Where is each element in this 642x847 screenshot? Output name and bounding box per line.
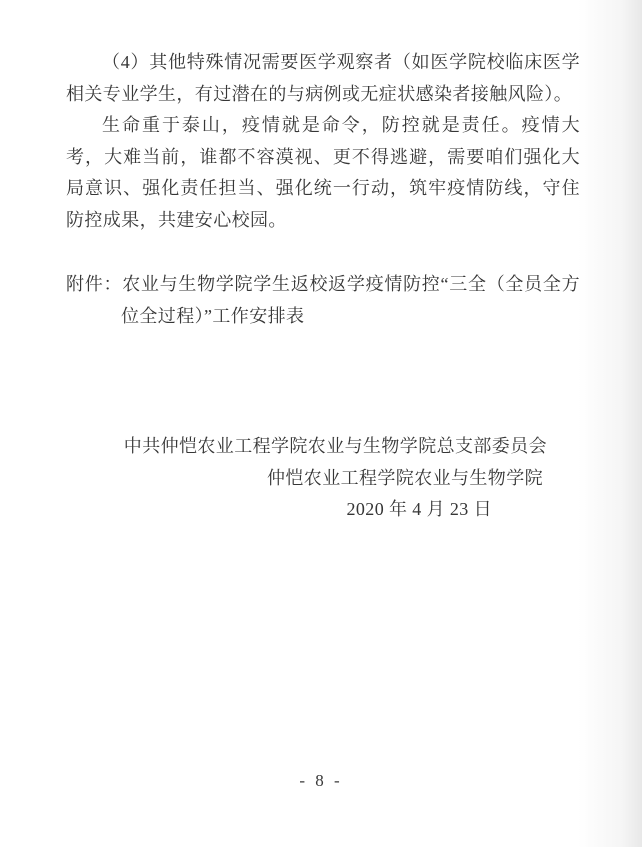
signature-committee: 中共仲恺农业工程学院农业与生物学院总支部委员会 xyxy=(66,431,580,463)
document-page: （4）其他特殊情况需要医学观察者（如医学院校临床医学相关专业学生，有过潜在的与病… xyxy=(0,0,642,847)
paragraph-epidemic-responsibility: 生命重于泰山，疫情就是命令，防控就是责任。疫情大考，大难当前，谁都不容漠视、更不… xyxy=(66,110,580,236)
signature-college: 仲恺农业工程学院农业与生物学院 xyxy=(66,463,580,495)
signature-block: 中共仲恺农业工程学院农业与生物学院总支部委员会 仲恺农业工程学院农业与生物学院 … xyxy=(66,431,580,526)
attachment-note: 附件：农业与生物学院学生返校返学疫情防控“三全（全员全方位全过程）”工作安排表 xyxy=(66,269,580,332)
document-body: （4）其他特殊情况需要医学观察者（如医学院校临床医学相关专业学生，有过潜在的与病… xyxy=(66,47,580,526)
attachment-text: 农业与生物学院学生返校返学疫情防控“三全（全员全方位全过程）”工作安排表 xyxy=(121,274,580,326)
attachment-label: 附件： xyxy=(66,274,122,294)
page-number: - 8 - xyxy=(0,771,642,791)
signature-date: 2020 年 4 月 23 日 xyxy=(66,494,580,526)
paragraph-medical-observation: （4）其他特殊情况需要医学观察者（如医学院校临床医学相关专业学生，有过潜在的与病… xyxy=(66,47,580,110)
